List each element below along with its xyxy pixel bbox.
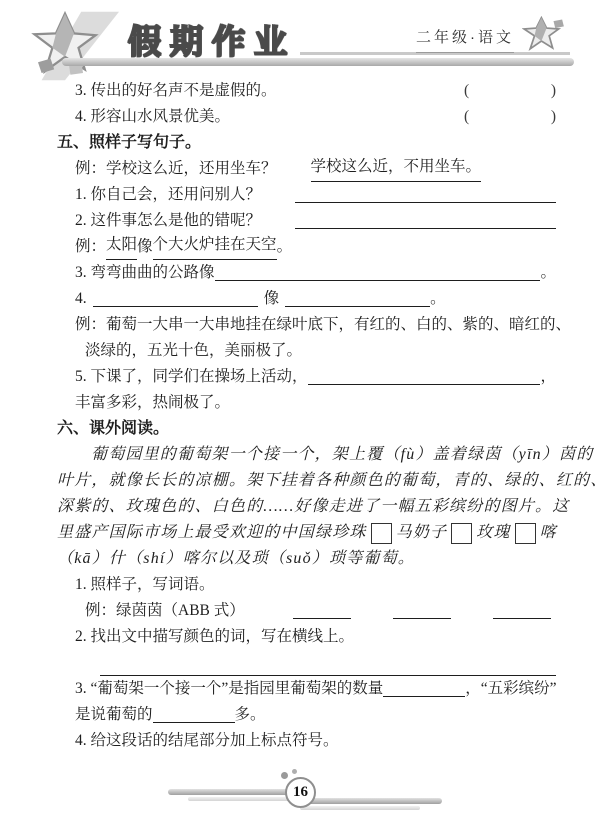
rewrite-item-1: 1. 你自己会，还用问别人？ bbox=[57, 182, 556, 208]
passage-line-1: 葡萄园里的葡萄架一个接一个，架上覆（fù）盖着绿茵（yīn）茵的 bbox=[57, 442, 556, 468]
footer-dot bbox=[292, 769, 297, 774]
question-2-answer-line bbox=[57, 650, 556, 676]
workbook-page: 假期作业 二年级·语文 3. 传出的好名声不是虚假的。 ( ) 4. 形容山水风… bbox=[0, 0, 600, 830]
simile-item-4-period: 。 bbox=[430, 286, 446, 312]
passage-line-3: 深紫的、玫瑰色的、白色的……好像走进了一幅五彩缤纷的图片。这 bbox=[57, 494, 556, 520]
punctuation-box bbox=[451, 523, 472, 544]
answer-brackets: ( ) bbox=[464, 104, 556, 130]
page-number: 16 bbox=[293, 784, 308, 801]
bracket-close: ) bbox=[551, 104, 556, 130]
simile-item-3-period: 。 bbox=[540, 260, 556, 286]
footer-dot bbox=[281, 772, 288, 779]
example-2-mid: 像 bbox=[137, 234, 153, 260]
simile-item-3: 3. 弯弯曲曲的公路像 。 bbox=[57, 260, 556, 286]
answer-blank bbox=[295, 227, 556, 229]
answer-brackets: ( ) bbox=[464, 78, 556, 104]
reading-question-1-example: 例：绿茵茵（ABB 式） bbox=[57, 598, 556, 624]
rewrite-item-2-text: 2. 这件事怎么是他的错呢？ bbox=[75, 208, 261, 234]
question-3-text-a: 3. “葡萄架一个接一个”是指园里葡萄架的数量 bbox=[75, 676, 383, 702]
passage-line-5: （kā）什（shí）喀尔以及琐（suǒ）琐等葡萄。 bbox=[57, 546, 556, 572]
section-6-heading: 六、课外阅读。 bbox=[57, 416, 556, 442]
judge-item-4-text: 4. 形容山水风景优美。 bbox=[75, 104, 230, 130]
footer-ornament-bar bbox=[296, 798, 442, 804]
simile-item-3-text: 3. 弯弯曲曲的公路像 bbox=[75, 260, 215, 286]
example-2-prefix: 例： bbox=[75, 234, 106, 260]
answer-blank bbox=[215, 279, 541, 281]
example-1-prompt: 例：学校这么近，还用坐车？ bbox=[75, 156, 277, 182]
simile-item-4: 4. 像 。 bbox=[57, 286, 556, 312]
answer-blank bbox=[285, 305, 430, 307]
answer-line-blank bbox=[100, 655, 556, 676]
question-3-text-b: ，“五彩缤纷” bbox=[465, 676, 556, 702]
judge-item-4: 4. 形容山水风景优美。 ( ) bbox=[57, 104, 556, 130]
question-3-line2-text: 是说葡萄的 bbox=[75, 702, 153, 728]
sentence-item-5: 5. 下课了，同学们在操场上活动， ， bbox=[57, 364, 556, 390]
abb-example-text: 例：绿茵茵（ABB 式） bbox=[85, 598, 245, 624]
page-title: 假期作业 bbox=[128, 16, 296, 63]
answer-blank bbox=[295, 201, 556, 203]
reading-question-3-line1: 3. “葡萄架一个接一个”是指园里葡萄架的数量 ，“五彩缤纷” bbox=[57, 676, 556, 702]
section-5-heading: 五、照样子写句子。 bbox=[57, 130, 556, 156]
judge-item-3-text: 3. 传出的好名声不是虚假的。 bbox=[75, 78, 277, 104]
punctuation-box bbox=[371, 523, 392, 544]
word-blank bbox=[393, 617, 451, 619]
bracket-open: ( bbox=[464, 104, 469, 130]
sentence-item-5-line2: 丰富多彩，热闹极了。 bbox=[57, 390, 556, 416]
simile-item-4-like: 像 bbox=[264, 286, 280, 312]
rewrite-item-2: 2. 这件事怎么是他的错呢？ bbox=[57, 208, 556, 234]
example-2-underlined-predicate: 个大火炉挂在天空 bbox=[153, 232, 277, 260]
answer-blank bbox=[308, 383, 541, 385]
bracket-close: ) bbox=[551, 78, 556, 104]
passage-line-4-text-a: 里盛产国际市场上最受欢迎的中国绿珍珠 bbox=[57, 520, 367, 546]
example-sentence-2: 例： 太阳 像 个大火炉挂在天空 。 bbox=[57, 234, 556, 260]
example-2-underlined-subject: 太阳 bbox=[106, 232, 137, 260]
example-sentence-3-line1: 例：葡萄一大串一大串地挂在绿叶底下，有红的、白的、紫的、暗红的、 bbox=[57, 312, 556, 338]
grade-subject-label: 二年级·语文 bbox=[416, 26, 514, 53]
star-logo-icon bbox=[28, 10, 120, 82]
example-2-end: 。 bbox=[277, 234, 293, 260]
passage-line-4-text-b: 马奶子 bbox=[396, 520, 448, 546]
passage-line-2: 叶片，就像长长的凉棚。架下挂着各种颜色的葡萄，青的、绿的、红的、 bbox=[57, 468, 556, 494]
footer-ornament-bar bbox=[300, 806, 420, 810]
worksheet-body: 3. 传出的好名声不是虚假的。 ( ) 4. 形容山水风景优美。 ( ) 五、照… bbox=[57, 78, 556, 754]
sentence-item-5-comma: ， bbox=[540, 364, 556, 390]
question-3-line2-end: 多。 bbox=[235, 702, 266, 728]
reading-question-2: 2. 找出文中描写颜色的词，写在横线上。 bbox=[57, 624, 556, 650]
passage-line-4-text-c: 玫瑰 bbox=[476, 520, 510, 546]
example-sentence-1: 例：学校这么近，还用坐车？ 学校这么近，不用坐车。 bbox=[57, 156, 556, 182]
reading-question-1: 1. 照样子，写词语。 bbox=[57, 572, 556, 598]
reading-question-4: 4. 给这段话的结尾部分加上标点符号。 bbox=[57, 728, 556, 754]
example-sentence-3-line2: 淡绿的，五光十色，美丽极了。 bbox=[57, 338, 556, 364]
passage-line-4: 里盛产国际市场上最受欢迎的中国绿珍珠 马奶子 玫瑰 喀 bbox=[57, 520, 556, 546]
bracket-open: ( bbox=[464, 78, 469, 104]
passage-line-4-text-d: 喀 bbox=[540, 520, 557, 546]
rewrite-item-1-text: 1. 你自己会，还用问别人？ bbox=[75, 182, 261, 208]
answer-blank bbox=[153, 721, 235, 723]
star-small-icon bbox=[522, 16, 566, 54]
page-number-badge: 16 bbox=[285, 777, 316, 808]
page-footer: 16 bbox=[0, 772, 600, 818]
reading-question-3-line2: 是说葡萄的 多。 bbox=[57, 702, 556, 728]
word-blank bbox=[493, 617, 551, 619]
page-header: 假期作业 二年级·语文 bbox=[0, 0, 600, 80]
punctuation-box bbox=[515, 523, 536, 544]
example-1-answer: 学校这么近，不用坐车。 bbox=[311, 154, 482, 182]
header-bar bbox=[62, 58, 574, 66]
answer-blank bbox=[93, 305, 258, 307]
word-blank bbox=[293, 617, 351, 619]
judge-item-3: 3. 传出的好名声不是虚假的。 ( ) bbox=[57, 78, 556, 104]
sentence-item-5-text: 5. 下课了，同学们在操场上活动， bbox=[75, 364, 308, 390]
simile-item-4-num: 4. bbox=[75, 286, 87, 312]
answer-blank bbox=[383, 695, 465, 697]
